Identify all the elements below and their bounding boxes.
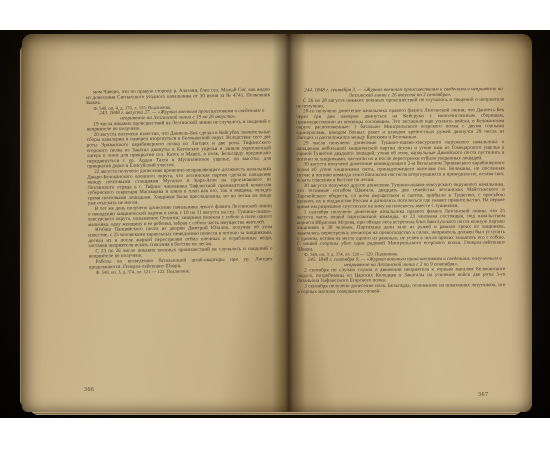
page-number-right: 367 bbox=[478, 392, 489, 398]
left-page-text: мом Чавчио, что по правую сторону р. Ала… bbox=[86, 87, 273, 275]
document-paragraph: 1 сентября получено донесение начальника… bbox=[297, 208, 505, 252]
document-paragraph: 20 августа получено известие, что Даниел… bbox=[87, 129, 272, 169]
document-paragraph: 3 сентября получено донесение полк. Бель… bbox=[297, 283, 505, 295]
photo-backdrop: мом Чавчио, что по правую сторону р. Ала… bbox=[0, 30, 550, 418]
document-paragraph: 22 августа получено донесение временно-и… bbox=[87, 167, 272, 207]
book-photo: мом Чавчио, что по правую сторону р. Ала… bbox=[0, 0, 550, 450]
document-paragraph: 30 августа получено донесение командующе… bbox=[297, 161, 505, 184]
page-number-left: 366 bbox=[84, 387, 95, 393]
right-page-text: 244. 1848 г. сентября 3. — «Журнал военн… bbox=[296, 87, 505, 295]
document-paragraph: 30 августа получено другое донесение Туш… bbox=[297, 182, 505, 210]
document-paragraph: 28-го получено донесение начальника прав… bbox=[296, 108, 504, 141]
document-paragraph: 29 числа получено донесение Тушино-пшаво… bbox=[296, 140, 504, 163]
